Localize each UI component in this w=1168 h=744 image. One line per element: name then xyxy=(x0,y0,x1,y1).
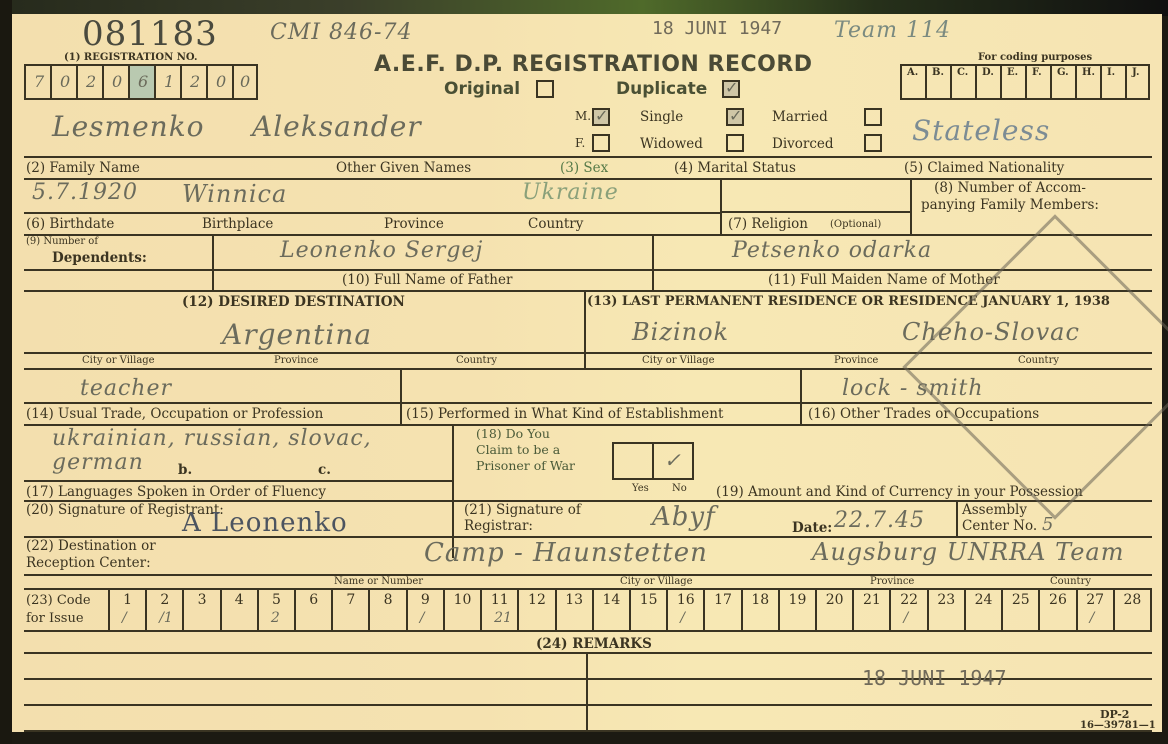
issue-cell-number: 3 xyxy=(184,592,219,608)
country-value: Ukraine xyxy=(522,180,619,205)
issue-cell-mark: 2 xyxy=(271,610,280,626)
issue-cell-number: 6 xyxy=(296,592,331,608)
coding-cell-label: D. xyxy=(982,67,994,78)
given-name-value: Aleksander xyxy=(252,110,422,143)
issue-cell-10: 10 xyxy=(445,590,482,632)
divider xyxy=(956,500,958,536)
birthdate-label: (6) Birthdate xyxy=(26,216,114,232)
reg-digit: 0 xyxy=(60,72,70,91)
issue-cell-2: 2/1 xyxy=(147,590,184,632)
issue-cell-mark: / xyxy=(904,610,909,626)
issue-cell-13: 13 xyxy=(557,590,594,632)
coding-purposes-label: For coding purposes xyxy=(978,52,1092,63)
coding-cell-label: A. xyxy=(907,67,918,78)
original-checkbox[interactable] xyxy=(536,80,554,98)
issue-cell-mark: 21 xyxy=(494,610,512,626)
divider xyxy=(24,269,1152,271)
coding-cell-label: F. xyxy=(1032,67,1042,78)
given-names-label: Other Given Names xyxy=(336,160,471,176)
divider xyxy=(24,574,1152,576)
city-label: City or Village xyxy=(620,576,693,587)
issue-cell-number: 26 xyxy=(1040,592,1075,608)
divider xyxy=(800,368,802,426)
languages-label: (17) Languages Spoken in Order of Fluenc… xyxy=(26,484,326,500)
issue-cell-number: 1 xyxy=(110,592,145,608)
issue-cell-14: 14 xyxy=(594,590,631,632)
issue-cell-number: 27 xyxy=(1078,592,1113,608)
diamond-stamp xyxy=(902,214,1168,519)
team-note: Team 114 xyxy=(834,18,951,43)
coding-boxes: A. B. C. D. E. F. G. H. I. J. xyxy=(900,64,1150,100)
form-title: A.E.F. D.P. REGISTRATION RECORD xyxy=(374,52,813,77)
divider xyxy=(24,730,1152,732)
country-label: Country xyxy=(1050,576,1091,587)
sex-f-label: F. xyxy=(575,136,585,150)
marital-married-checkbox[interactable] xyxy=(864,108,882,126)
issue-cell-number: 23 xyxy=(929,592,964,608)
registration-card: 081183 CMI 846-74 18 JUNI 1947 Team 114 … xyxy=(12,14,1162,732)
marital-married-label: Married xyxy=(772,109,828,125)
religion-label: (7) Religion xyxy=(728,216,808,232)
issue-cell-mark: /1 xyxy=(159,610,173,626)
religion-optional: (Optional) xyxy=(830,219,881,230)
issue-cell-number: 24 xyxy=(966,592,1001,608)
country-label: Country xyxy=(528,216,583,232)
issue-cell-number: 8 xyxy=(371,592,406,608)
desired-destination-label: (12) DESIRED DESTINATION xyxy=(182,294,405,310)
birthdate-value: 5.7.1920 xyxy=(32,180,138,205)
issue-cell-number: 2 xyxy=(147,592,182,608)
handwritten-cm-number: CMI 846-74 xyxy=(270,20,412,45)
registrar-signature-label: (21) Signature of Registrar: xyxy=(464,502,584,534)
marital-divorced-label: Divorced xyxy=(772,136,834,152)
date-stamp-remarks: 18 JUNI 1947 xyxy=(862,666,1007,690)
marital-single-label: Single xyxy=(640,109,683,125)
reg-digit: 2 xyxy=(190,72,200,91)
issue-cell-1: 1/ xyxy=(110,590,147,632)
last-residence-city-value: Bizinok xyxy=(632,318,729,346)
divider xyxy=(720,211,910,213)
province-label: Province xyxy=(870,576,914,587)
reg-digit: 7 xyxy=(34,72,44,91)
issue-cell-17: 17 xyxy=(705,590,742,632)
birthplace-label: Birthplace xyxy=(202,216,273,232)
issue-cell-23: 23 xyxy=(929,590,966,632)
sex-f-checkbox[interactable] xyxy=(592,134,610,152)
assembly-center-label: Assembly Center No. xyxy=(962,502,1042,534)
issue-cell-9: 9/ xyxy=(408,590,445,632)
print-code: 16—39781—1 xyxy=(1080,720,1156,731)
marital-single-checkbox[interactable] xyxy=(726,108,744,126)
scan-left-edge xyxy=(0,0,12,744)
marital-status-label: (4) Marital Status xyxy=(674,160,796,176)
trade-label: (14) Usual Trade, Occupation or Professi… xyxy=(26,406,323,422)
issue-cell-21: 21 xyxy=(854,590,891,632)
issue-cell-number: 25 xyxy=(1003,592,1038,608)
destination-team-value: Augsburg UNRRA Team xyxy=(812,538,1125,566)
province-label: Province xyxy=(274,355,318,366)
duplicate-checkbox[interactable] xyxy=(722,80,740,98)
dependents-label: Dependents: xyxy=(52,250,147,266)
issue-cell-18: 18 xyxy=(743,590,780,632)
issue-cell-6: 6 xyxy=(296,590,333,632)
nationality-label: (5) Claimed Nationality xyxy=(904,160,1064,176)
issue-cell-number: 7 xyxy=(333,592,368,608)
marital-widowed-label: Widowed xyxy=(640,136,703,152)
reg-digit: 0 xyxy=(240,72,250,91)
father-name-value: Leonenko Sergej xyxy=(280,238,483,263)
issue-cell-15: 15 xyxy=(631,590,668,632)
divider xyxy=(24,480,452,482)
province-label: Province xyxy=(384,216,444,232)
duplicate-label: Duplicate xyxy=(616,79,707,99)
coding-cell-label: I. xyxy=(1107,67,1115,78)
issue-cell-3: 3 xyxy=(184,590,221,632)
language-b-label: b. xyxy=(178,462,192,478)
divider xyxy=(584,290,586,368)
handwritten-number: 081183 xyxy=(82,14,218,54)
coding-cell-label: J. xyxy=(1132,67,1139,78)
issue-cell-mark: / xyxy=(420,610,425,626)
issue-cell-7: 7 xyxy=(333,590,370,632)
family-name-value: Lesmenko xyxy=(52,110,205,143)
issue-cell-19: 19 xyxy=(780,590,817,632)
coding-cell-label: G. xyxy=(1057,67,1069,78)
issue-cell-25: 25 xyxy=(1003,590,1040,632)
issue-cell-number: 4 xyxy=(222,592,257,608)
reg-digit: 2 xyxy=(86,72,96,91)
registration-label: (1) REGISTRATION NO. xyxy=(64,52,197,63)
sex-m-checkbox[interactable] xyxy=(592,108,610,126)
reg-digit: 1 xyxy=(164,72,174,91)
issue-cell-number: 17 xyxy=(705,592,740,608)
registrant-signature-value: A Leonenko xyxy=(182,508,348,538)
reg-digit: 0 xyxy=(112,72,122,91)
issue-cell-number: 19 xyxy=(780,592,815,608)
pow-yes-box[interactable] xyxy=(614,444,654,478)
desired-destination-value: Argentina xyxy=(222,318,372,351)
remarks-label: (24) REMARKS xyxy=(536,636,652,652)
nationality-value: Stateless xyxy=(912,114,1050,147)
dependents-label-small: (9) Number of xyxy=(26,236,98,247)
coding-cell-label: E. xyxy=(1007,67,1018,78)
languages-value-line2: german xyxy=(52,450,144,475)
issue-cell-5: 52 xyxy=(259,590,296,632)
sex-m-label: M. xyxy=(575,109,591,123)
pow-label: (18) Do You Claim to be a Prisoner of Wa… xyxy=(476,426,586,474)
coding-cell-label: H. xyxy=(1082,67,1095,78)
issue-cell-number: 15 xyxy=(631,592,666,608)
sex-label: (3) Sex xyxy=(560,160,608,176)
pow-yes-label: Yes xyxy=(632,483,649,494)
issue-cell-8: 8 xyxy=(371,590,408,632)
pow-no-label: No xyxy=(672,483,687,494)
reg-digit: 0 xyxy=(216,72,226,91)
divider xyxy=(586,652,588,730)
accompanying-family-label: (8) Number of Accom-panying Family Membe… xyxy=(920,180,1100,214)
issue-cell-number: 20 xyxy=(817,592,852,608)
mother-name-label: (11) Full Maiden Name of Mother xyxy=(768,272,1000,288)
name-or-number-label: Name or Number xyxy=(334,576,423,587)
issue-cell-number: 13 xyxy=(557,592,592,608)
family-name-label: (2) Family Name xyxy=(26,160,140,176)
divider xyxy=(24,652,1152,654)
divider xyxy=(910,178,912,234)
language-c-label: c. xyxy=(318,462,331,478)
issue-cell-number: 18 xyxy=(743,592,778,608)
city-label: City or Village xyxy=(82,355,155,366)
registrar-signature-value: Abyf xyxy=(652,502,716,532)
divider xyxy=(24,156,1152,158)
issue-cell-20: 20 xyxy=(817,590,854,632)
divider xyxy=(24,212,720,214)
issue-cell-11: 1121 xyxy=(482,590,519,632)
issue-cell-number: 14 xyxy=(594,592,629,608)
issue-cell-number: 16 xyxy=(668,592,703,608)
destination-camp-value: Camp - Haunstetten xyxy=(424,538,708,568)
father-name-label: (10) Full Name of Father xyxy=(342,272,512,288)
issue-cell-number: 5 xyxy=(259,592,294,608)
divider xyxy=(400,368,402,426)
city-label: City or Village xyxy=(642,355,715,366)
province-label: Province xyxy=(834,355,878,366)
birthplace-value: Winnica xyxy=(182,180,287,208)
issue-cell-mark: / xyxy=(680,610,685,626)
issue-cell-24: 24 xyxy=(966,590,1003,632)
issue-cell-number: 9 xyxy=(408,592,443,608)
issue-cell-mark: / xyxy=(1090,610,1095,626)
pow-answer-boxes: ✓ xyxy=(612,442,694,480)
original-label: Original xyxy=(444,79,520,99)
issue-cell-12: 12 xyxy=(519,590,556,632)
destination-label: (22) Destination or Reception Center: xyxy=(26,538,226,572)
issue-cell-number: 12 xyxy=(519,592,554,608)
date-label: Date: xyxy=(792,520,832,536)
divider xyxy=(720,178,722,234)
divider xyxy=(652,234,654,290)
issue-cell-number: 21 xyxy=(854,592,889,608)
issue-cell-number: 28 xyxy=(1115,592,1150,608)
pow-no-check[interactable]: ✓ xyxy=(664,448,682,472)
coding-cell-label: B. xyxy=(932,67,944,78)
issue-cell-28: 28 xyxy=(1115,590,1152,632)
country-label: Country xyxy=(456,355,497,366)
issue-cell-16: 16/ xyxy=(668,590,705,632)
issue-cell-number: 11 xyxy=(482,592,517,608)
code-for-issue-grid: (23) Code for Issue 1/2/134526789/101121… xyxy=(24,588,1152,632)
trade-value: teacher xyxy=(80,376,172,401)
issue-cell-22: 22/ xyxy=(892,590,929,632)
divider xyxy=(24,704,1152,706)
registration-number-boxes: 7 0 2 0 6 1 2 0 0 xyxy=(24,64,258,100)
divider xyxy=(24,234,1152,236)
issue-cell-4: 4 xyxy=(222,590,259,632)
languages-value-line1: ukrainian, russian, slovac, xyxy=(52,426,372,451)
issue-cell-number: 10 xyxy=(445,592,480,608)
issue-cell-26: 26 xyxy=(1040,590,1077,632)
divider xyxy=(212,234,214,290)
coding-cell-label: C. xyxy=(957,67,968,78)
reg-digit: 6 xyxy=(138,72,148,91)
mother-name-value: Petsenko odarka xyxy=(732,238,932,263)
establishment-label: (15) Performed in What Kind of Establish… xyxy=(406,406,723,422)
marital-widowed-checkbox[interactable] xyxy=(726,134,744,152)
marital-divorced-checkbox[interactable] xyxy=(864,134,882,152)
code-for-issue-label: (23) Code for Issue xyxy=(26,592,96,628)
registration-date-value: 22.7.45 xyxy=(834,508,925,533)
issue-cell-mark: / xyxy=(122,610,127,626)
date-stamp-top: 18 JUNI 1947 xyxy=(652,18,782,39)
issue-cell-number: 22 xyxy=(892,592,927,608)
issue-cell-27: 27/ xyxy=(1078,590,1115,632)
